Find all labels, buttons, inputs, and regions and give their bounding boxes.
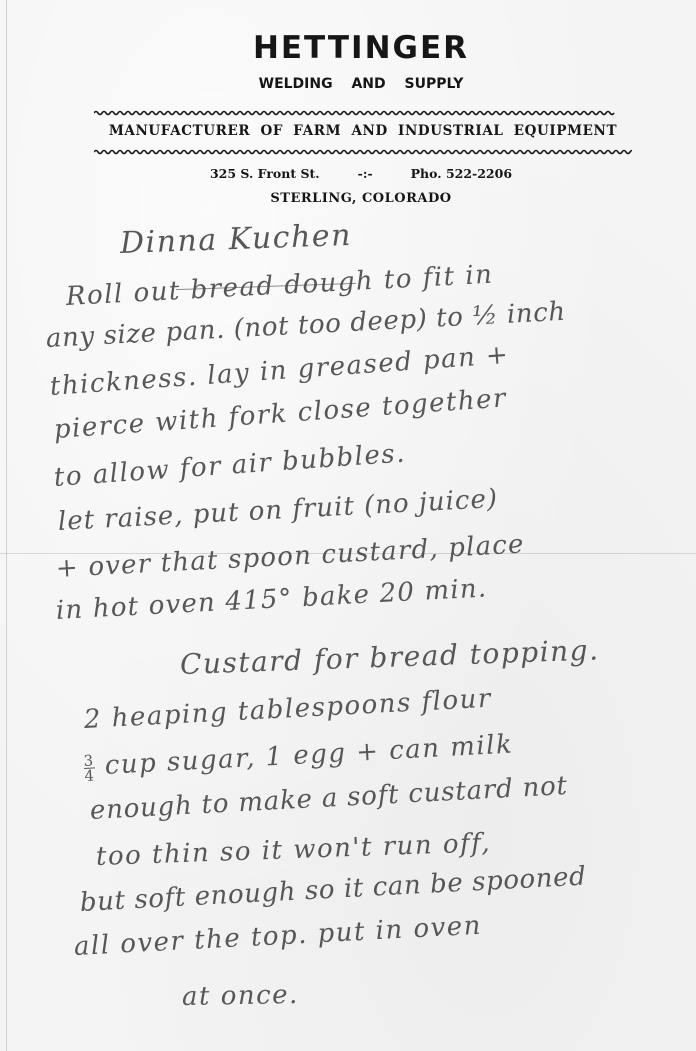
recipe-title: Dinna Kuchen [119, 218, 352, 261]
company-name: HETTINGER [0, 28, 696, 68]
page-edge [6, 0, 7, 1051]
custard-line-text: cup sugar, 1 egg + can milk [104, 730, 514, 781]
custard-line: but soft enough so it can be spooned [79, 861, 587, 917]
custard-line: at once. [182, 980, 299, 1012]
fraction: 34 [83, 753, 96, 783]
company-tagline: MANUFACTURER OF FARM AND INDUSTRIAL EQUI… [94, 120, 632, 142]
wavy-rule-top [94, 110, 632, 116]
street-address: 325 S. Front St. [210, 164, 320, 184]
recipe-line: let raise, put on fruit (no juice) [57, 484, 498, 537]
custard-line-sugar: 34 cup sugar, 1 egg + can milk [83, 730, 514, 783]
address-separator: -:- [358, 164, 373, 184]
phone-number: Pho. 522-2206 [411, 164, 512, 184]
wavy-rule-bottom [94, 149, 632, 155]
company-subtitle: WELDING AND SUPPLY [0, 74, 696, 94]
custard-line: enough to make a soft custard not [89, 771, 568, 826]
recipe-line: in hot oven 415° bake 20 min. [55, 573, 488, 626]
city-state: STERLING, COLORADO [0, 189, 696, 209]
letter-page: HETTINGER WELDING AND SUPPLY MANUFACTURE… [0, 0, 696, 1051]
custard-line: 2 heaping tablespoons flour [83, 684, 492, 735]
custard-line: all over the top. put in oven [73, 911, 482, 962]
address-row: 325 S. Front St.-:-Pho. 522-2206 [0, 164, 696, 184]
custard-line: too thin so it won't run off, [95, 828, 491, 872]
custard-subtitle: Custard for bread topping. [179, 633, 600, 681]
recipe-line: to allow for air bubbles. [53, 438, 407, 493]
